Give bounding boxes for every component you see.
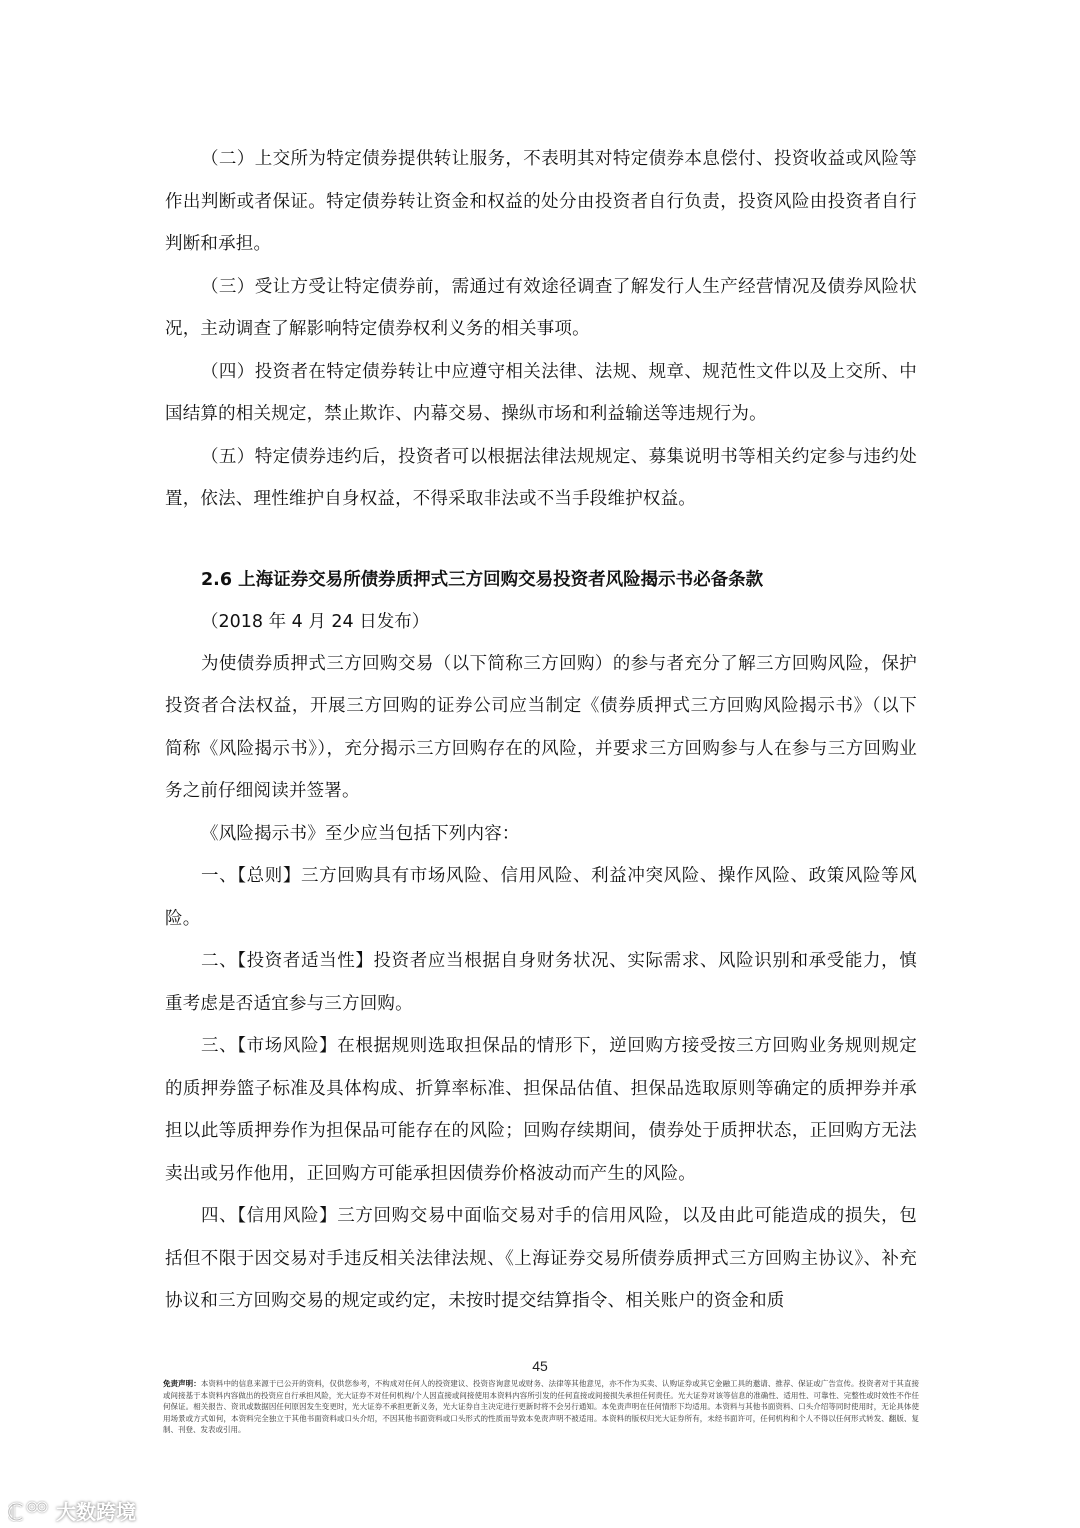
disclaimer-label: 免责声明： (163, 1379, 201, 1388)
watermark-text: 大数跨境 (56, 1496, 136, 1525)
section-date: （2018 年 4 月 24 日发布） (165, 601, 917, 643)
paragraph-4: （四）投资者在特定债券转让中应遵守相关法律、法规、规章、规范性文件以及上交所、中… (165, 351, 917, 436)
disclaimer: 免责声明：本资料中的信息来源于已公开的资料，仅供您参考，不构成对任何人的投资建议… (163, 1378, 919, 1436)
document-body: （二）上交所为特定债券提供转让服务，不表明其对特定债券本息偿付、投资收益或风险等… (165, 138, 917, 1323)
section-heading: 2.6 上海证券交易所债券质押式三方回购交易投资者风险揭示书必备条款 (165, 559, 917, 601)
clause-suitability: 二、【投资者适当性】投资者应当根据自身财务状况、实际需求、风险识别和承受能力，慎… (165, 940, 917, 1025)
clause-market-risk: 三、【市场风险】在根据规则选取担保品的情形下，逆回购方接受按三方回购业务规则规定… (165, 1025, 917, 1195)
clause-general: 一、【总则】三方回购具有市场风险、信用风险、利益冲突风险、操作风险、政策风险等风… (165, 855, 917, 940)
paragraph-5: （五）特定债券违约后，投资者可以根据法律法规规定、募集说明书等相关约定参与违约处… (165, 436, 917, 521)
page-number: 45 (0, 1358, 1080, 1374)
intro-paragraph: 为使债券质押式三方回购交易（以下简称三方回购）的参与者充分了解三方回购风险，保护… (165, 643, 917, 813)
contents-lead: 《风险揭示书》至少应当包括下列内容： (165, 813, 917, 856)
paragraph-3: （三）受让方受让特定债券前，需通过有效途径调查了解发行人生产经营情况及债券风险状… (165, 266, 917, 351)
k100-logo-icon (8, 1500, 50, 1522)
watermark: 大数跨境 (8, 1496, 136, 1525)
disclaimer-text: 本资料中的信息来源于已公开的资料，仅供您参考，不构成对任何人的投资建议、投资咨询… (163, 1379, 919, 1434)
paragraph-2: （二）上交所为特定债券提供转让服务，不表明其对特定债券本息偿付、投资收益或风险等… (165, 138, 917, 266)
clause-credit-risk: 四、【信用风险】三方回购交易中面临交易对手的信用风险，以及由此可能造成的损失，包… (165, 1195, 917, 1323)
